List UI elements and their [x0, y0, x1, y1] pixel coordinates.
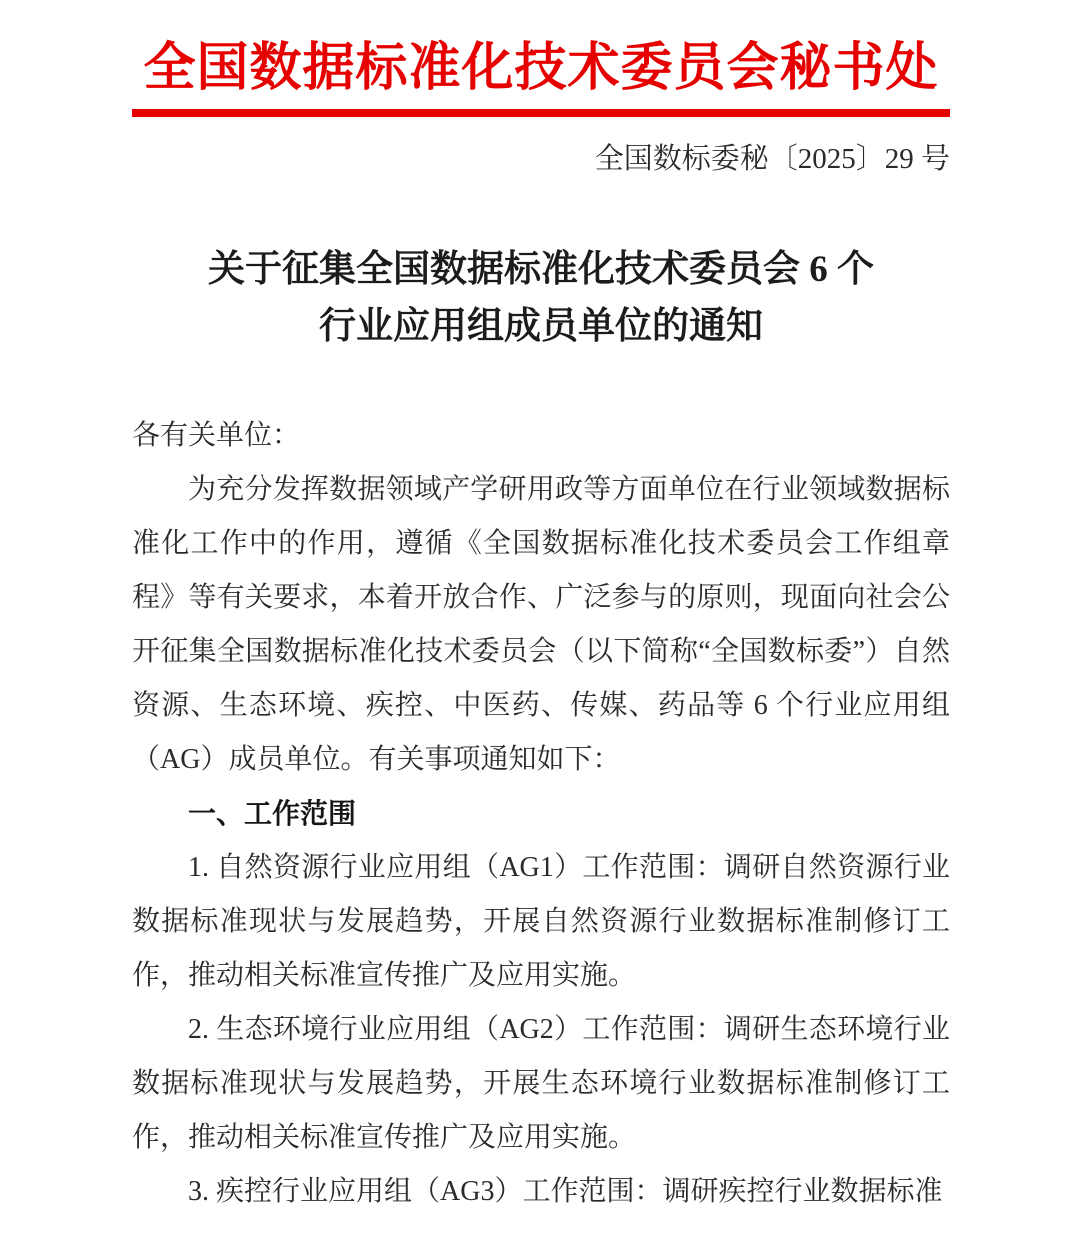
doc-number: 全国数标委秘〔2025〕29 号 [132, 141, 950, 177]
document-page: 全国数据标准化技术委员会秘书处 全国数标委秘〔2025〕29 号 关于征集全国数… [0, 0, 1080, 1236]
letterhead-divider [132, 109, 950, 117]
letterhead: 全国数据标准化技术委员会秘书处 全国数标委秘〔2025〕29 号 [132, 36, 950, 177]
work-scope-item-ag3-truncated: 3. 疾控行业应用组（AG3）工作范围：调研疾控行业数据标准 [132, 1165, 950, 1219]
notice-body: 各有关单位： 为充分发挥数据领域产学研用政等方面单位在行业领域数据标准化工作中的… [132, 409, 950, 1219]
section-heading-work-scope: 一、工作范围 [132, 787, 950, 841]
notice-title-line1: 关于征集全国数据标准化技术委员会 6 个 [132, 241, 950, 298]
notice-title-line2: 行业应用组成员单位的通知 [132, 298, 950, 355]
org-name: 全国数据标准化技术委员会秘书处 [132, 36, 950, 102]
notice-title: 关于征集全国数据标准化技术委员会 6 个 行业应用组成员单位的通知 [132, 241, 950, 355]
intro-paragraph: 为充分发挥数据领域产学研用政等方面单位在行业领域数据标准化工作中的作用，遵循《全… [132, 463, 950, 787]
work-scope-item-ag1: 1. 自然资源行业应用组（AG1）工作范围：调研自然资源行业数据标准现状与发展趋… [132, 841, 950, 1003]
salutation: 各有关单位： [132, 409, 950, 463]
work-scope-item-ag2: 2. 生态环境行业应用组（AG2）工作范围：调研生态环境行业数据标准现状与发展趋… [132, 1003, 950, 1165]
